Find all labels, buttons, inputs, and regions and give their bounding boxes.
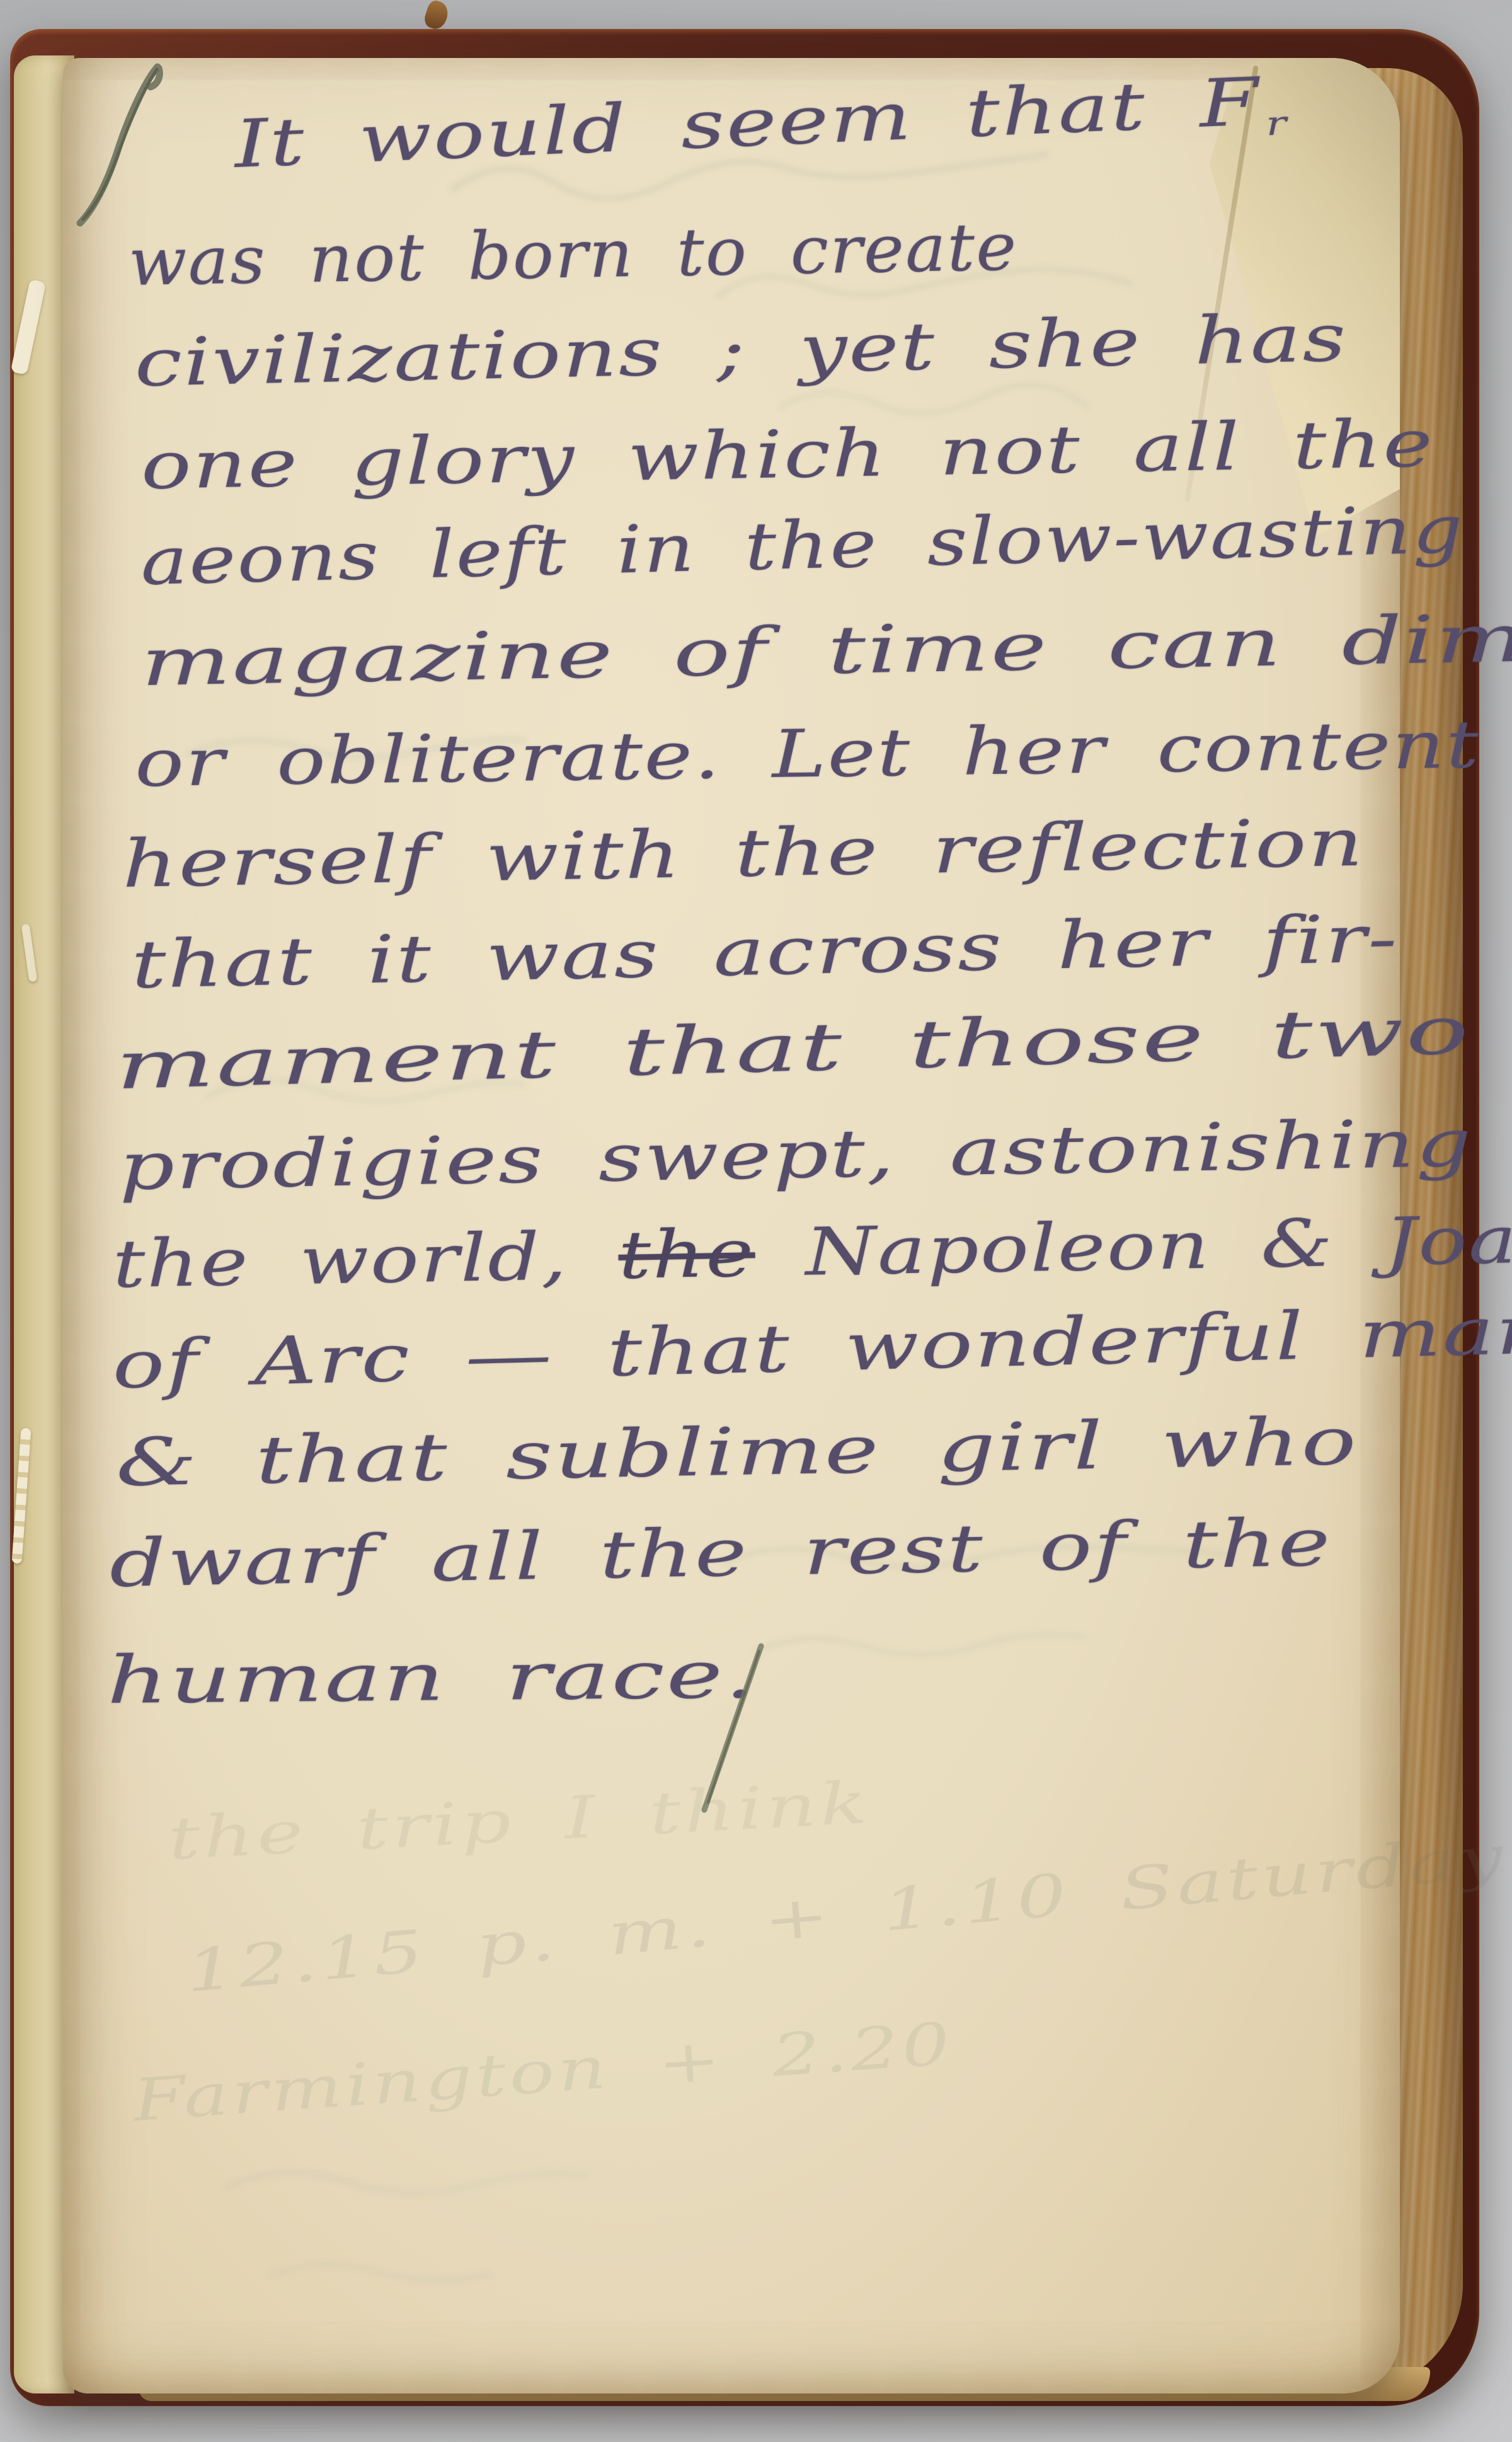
photo-background: It would seem that Fr was not born to cr…: [0, 0, 1512, 2442]
